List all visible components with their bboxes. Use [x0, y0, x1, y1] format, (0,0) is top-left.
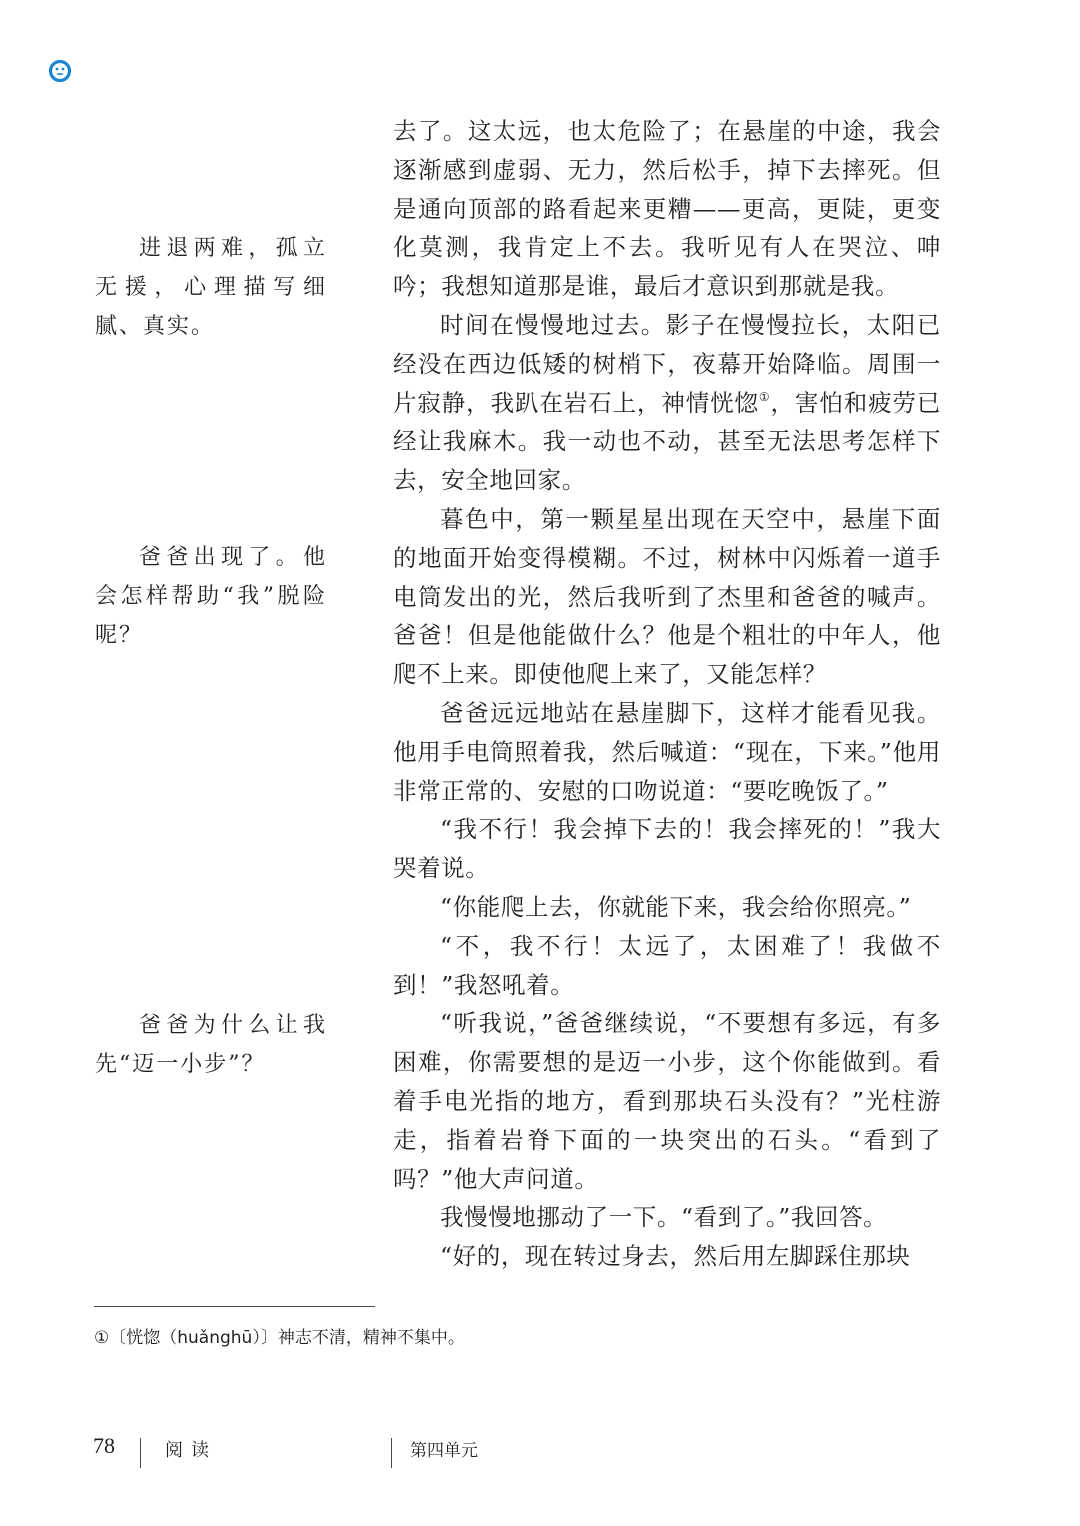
- main-body-text: 去了。这太远，也太危险了；在悬崖的中途，我会逐渐感到虚弱、无力，然后松手，掉下去…: [393, 112, 941, 1276]
- footnote-divider: [94, 1306, 375, 1307]
- paragraph: 我慢慢地挪动了一下。“看到了。”我回答。: [393, 1198, 941, 1237]
- footnote-text: 〔恍惚（huǎnghū）〕神志不清，精神不集中。: [109, 1328, 465, 1348]
- paragraph: “不，我不行！太远了，太困难了！我做不到！”我怒吼着。: [393, 927, 941, 1005]
- footer-divider: [140, 1438, 141, 1468]
- footer-divider: [391, 1438, 392, 1468]
- paragraph: “我不行！我会掉下去的！我会摔死的！”我大哭着说。: [393, 810, 941, 888]
- side-note-text: 爸爸出现了。他会怎样帮助“我”脱险呢？: [95, 539, 327, 655]
- side-note-text: 爸爸为什么让我先“迈一小步”？: [95, 1007, 327, 1085]
- paragraph: 时间在慢慢地过去。影子在慢慢拉长，太阳已经没在西边低矮的树梢下，夜幕开始降临。周…: [393, 306, 941, 500]
- paragraph: 暮色中，第一颗星星出现在天空中，悬崖下面的地面开始变得模糊。不过，树林中闪烁着一…: [393, 500, 941, 694]
- paragraph: “听我说，”爸爸继续说，“不要想有多远，有多困难，你需要想的是迈一小步，这个你能…: [393, 1004, 941, 1198]
- footnote: ①〔恍惚（huǎnghū）〕神志不清，精神不集中。: [94, 1326, 465, 1350]
- side-note: 爸爸出现了。他会怎样帮助“我”脱险呢？: [95, 539, 327, 655]
- footnote-marker: ①: [94, 1328, 109, 1348]
- paragraph: 去了。这太远，也太危险了；在悬崖的中途，我会逐渐感到虚弱、无力，然后松手，掉下去…: [393, 112, 941, 306]
- page-footer: 78 阅读 第四单元: [0, 1430, 1080, 1470]
- paragraph: 爸爸远远地站在悬崖脚下，这样才能看见我。他用手电筒照着我，然后喊道：“现在，下来…: [393, 694, 941, 810]
- footnote-reference[interactable]: ①: [759, 390, 771, 404]
- side-note-text: 进退两难，孤立无援，心理描写细腻、真实。: [95, 230, 327, 346]
- side-note: 进退两难，孤立无援，心理描写细腻、真实。: [95, 230, 327, 346]
- paragraph: “好的，现在转过身去，然后用左脚踩住那块: [393, 1237, 941, 1276]
- smiley-face-icon: [48, 59, 72, 83]
- paragraph: “你能爬上去，你就能下来，我会给你照亮。”: [393, 888, 941, 927]
- page-number: 78: [93, 1433, 115, 1459]
- unit-name: 第四单元: [410, 1436, 478, 1461]
- section-name: 阅读: [165, 1436, 217, 1462]
- side-note: 爸爸为什么让我先“迈一小步”？: [95, 1007, 327, 1085]
